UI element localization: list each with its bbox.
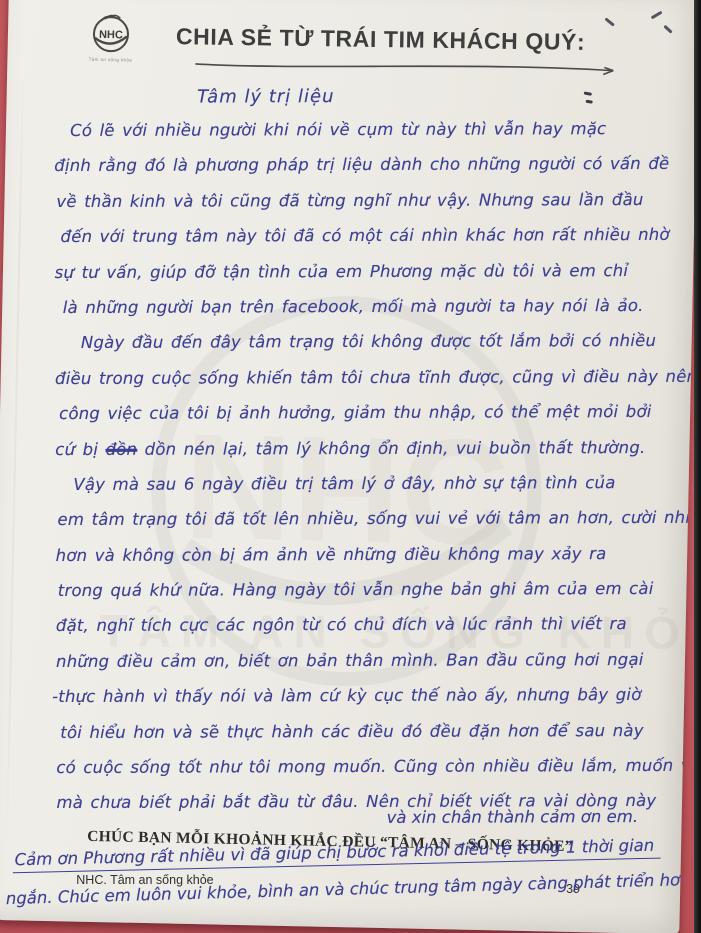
handwriting-line: định rằng đó là phương pháp trị liệu dàn…: [54, 146, 654, 183]
handwriting-line: Có lẽ với nhiều người khi nói về cụm từ …: [70, 111, 654, 148]
handwriting-line: công việc của tôi bị ảnh hưởng, giảm thu…: [59, 394, 655, 431]
handwriting-line: đặt, nghĩ tích cực các ngôn từ có chủ đí…: [56, 606, 656, 643]
handwriting-line: cứ bị đồn dồn nén lại, tâm lý không ổn đ…: [55, 429, 655, 466]
handwriting-line: Ngày đầu đến đây tâm trạng tôi không đượ…: [81, 323, 655, 360]
handwriting-extra-line: và xin chân thành cảm ơn em.: [387, 807, 639, 827]
handwriting-line: điều trong cuộc sống khiến tâm tôi chưa …: [55, 359, 655, 396]
handwriting-line: trong quá khứ nữa. Hàng ngày tôi vẫn ngh…: [58, 571, 656, 608]
handwriting-lines: Có lẽ với nhiều người khi nói về cụm từ …: [54, 111, 656, 821]
paper-sheet: NHC TÂM AN SỐNG KHỎE NHC Tâm an sống khỏ…: [0, 0, 699, 933]
handwriting-line: hơn và không còn bị ám ảnh về những điều…: [56, 536, 656, 573]
photo-background: NHC TÂM AN SỐNG KHỎE NHC Tâm an sống khỏ…: [0, 0, 701, 933]
handwriting-line: -thực hành vì thấy nói và làm cứ kỳ cục …: [52, 677, 656, 714]
handwriting-line: tôi hiểu hơn và sẽ thực hành các điều đó…: [60, 713, 656, 750]
handwriting-line: có cuộc sống tốt như tôi mong muốn. Cũng…: [56, 748, 656, 785]
letter-body: Tâm lý trị liệu Có lẽ với nhiều người kh…: [0, 0, 692, 927]
handwriting-line: về thần kinh và tôi cũng đã từng nghĩ nh…: [56, 182, 654, 219]
handwriting-line: sự tư vấn, giúp đỡ tận tình của em Phươn…: [55, 253, 655, 290]
handwriting-line: là những người bạn trên facebook, mối mà…: [63, 288, 655, 325]
handwriting-line: đến với trung tâm này tôi đã có một cái …: [60, 217, 654, 254]
handwriting-line: em tâm trạng tôi đã tốt lên nhiều, sống …: [57, 500, 655, 537]
handwriting-line: những điều cảm ơn, biết ơn bản thân mình…: [56, 642, 656, 679]
handwriting-line: Vậy mà sau 6 ngày điều trị tâm lý ở đây,…: [73, 465, 655, 502]
photo-dark-edge: [694, 0, 701, 933]
letter-heading: Tâm lý trị liệu: [197, 86, 335, 107]
